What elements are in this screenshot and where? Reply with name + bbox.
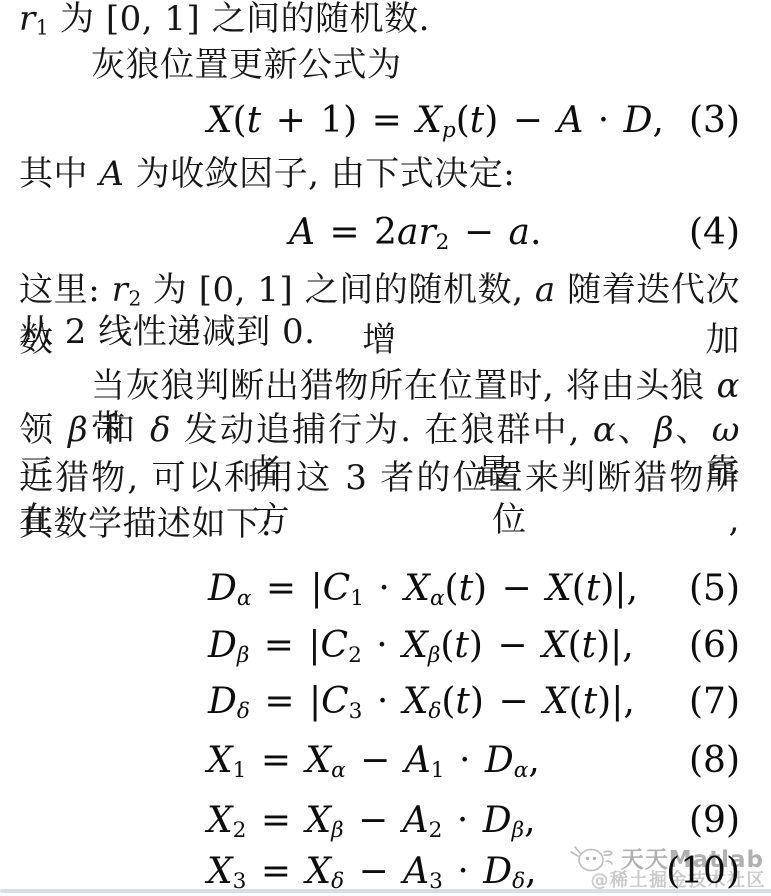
equation-number: (7) — [689, 680, 740, 724]
equation-body: Dδ = |C3 · Xδ(t) − X(t)|, — [208, 680, 635, 734]
equation-number: (3) — [689, 99, 740, 143]
document-body: r1 为 [0, 1] 之间的随机数.灰狼位置更新公式为X(t + 1) = X… — [0, 0, 771, 896]
equation-number: (9) — [689, 799, 740, 843]
equation-body: Dα = |C1 · Xα(t) − X(t)|, — [208, 567, 638, 621]
text-line: 灰狼位置更新公式为 — [91, 44, 402, 86]
equation-number: (5) — [689, 567, 740, 611]
equation-body: Dβ = |C2 · Xβ(t) − X(t)|, — [208, 624, 634, 678]
equation-body: X2 = Xβ − A2 · Dβ, — [207, 799, 536, 853]
equation: A = 2ar2 − a.(4) — [0, 211, 740, 255]
equation: X1 = Xα − A1 · Dα,(8) — [0, 739, 740, 783]
equation-number: (6) — [689, 624, 740, 668]
equation-body: X(t + 1) = Xp(t) − A · D, — [207, 99, 664, 153]
paper-page: r1 为 [0, 1] 之间的随机数.灰狼位置更新公式为X(t + 1) = X… — [0, 0, 771, 896]
bottom-divider — [0, 889, 771, 893]
text-line: 从 2 线性递减到 0. — [19, 311, 316, 353]
equation: Dδ = |C3 · Xδ(t) − X(t)|,(7) — [0, 680, 740, 724]
equation-body: A = 2ar2 − a. — [289, 211, 541, 265]
equation: X(t + 1) = Xp(t) − A · D,(3) — [0, 99, 740, 143]
equation-number: (4) — [689, 211, 740, 255]
equation-number: (8) — [689, 739, 740, 783]
text-line: 其中 A 为收敛因子, 由下式决定: — [19, 153, 515, 195]
text-line: r1 为 [0, 1] 之间的随机数. — [19, 0, 430, 48]
equation: Dβ = |C2 · Xβ(t) − X(t)|,(6) — [0, 624, 740, 668]
equation: X2 = Xβ − A2 · Dβ,(9) — [0, 799, 740, 843]
text-line: 其数学描述如下: — [19, 503, 272, 545]
equation-body: X1 = Xα − A1 · Dα, — [207, 739, 540, 793]
equation-number: (10) — [666, 850, 740, 894]
equation: X3 = Xδ − A3 · Dδ,(10) — [0, 850, 740, 894]
equation: Dα = |C1 · Xα(t) − X(t)|,(5) — [0, 567, 740, 611]
